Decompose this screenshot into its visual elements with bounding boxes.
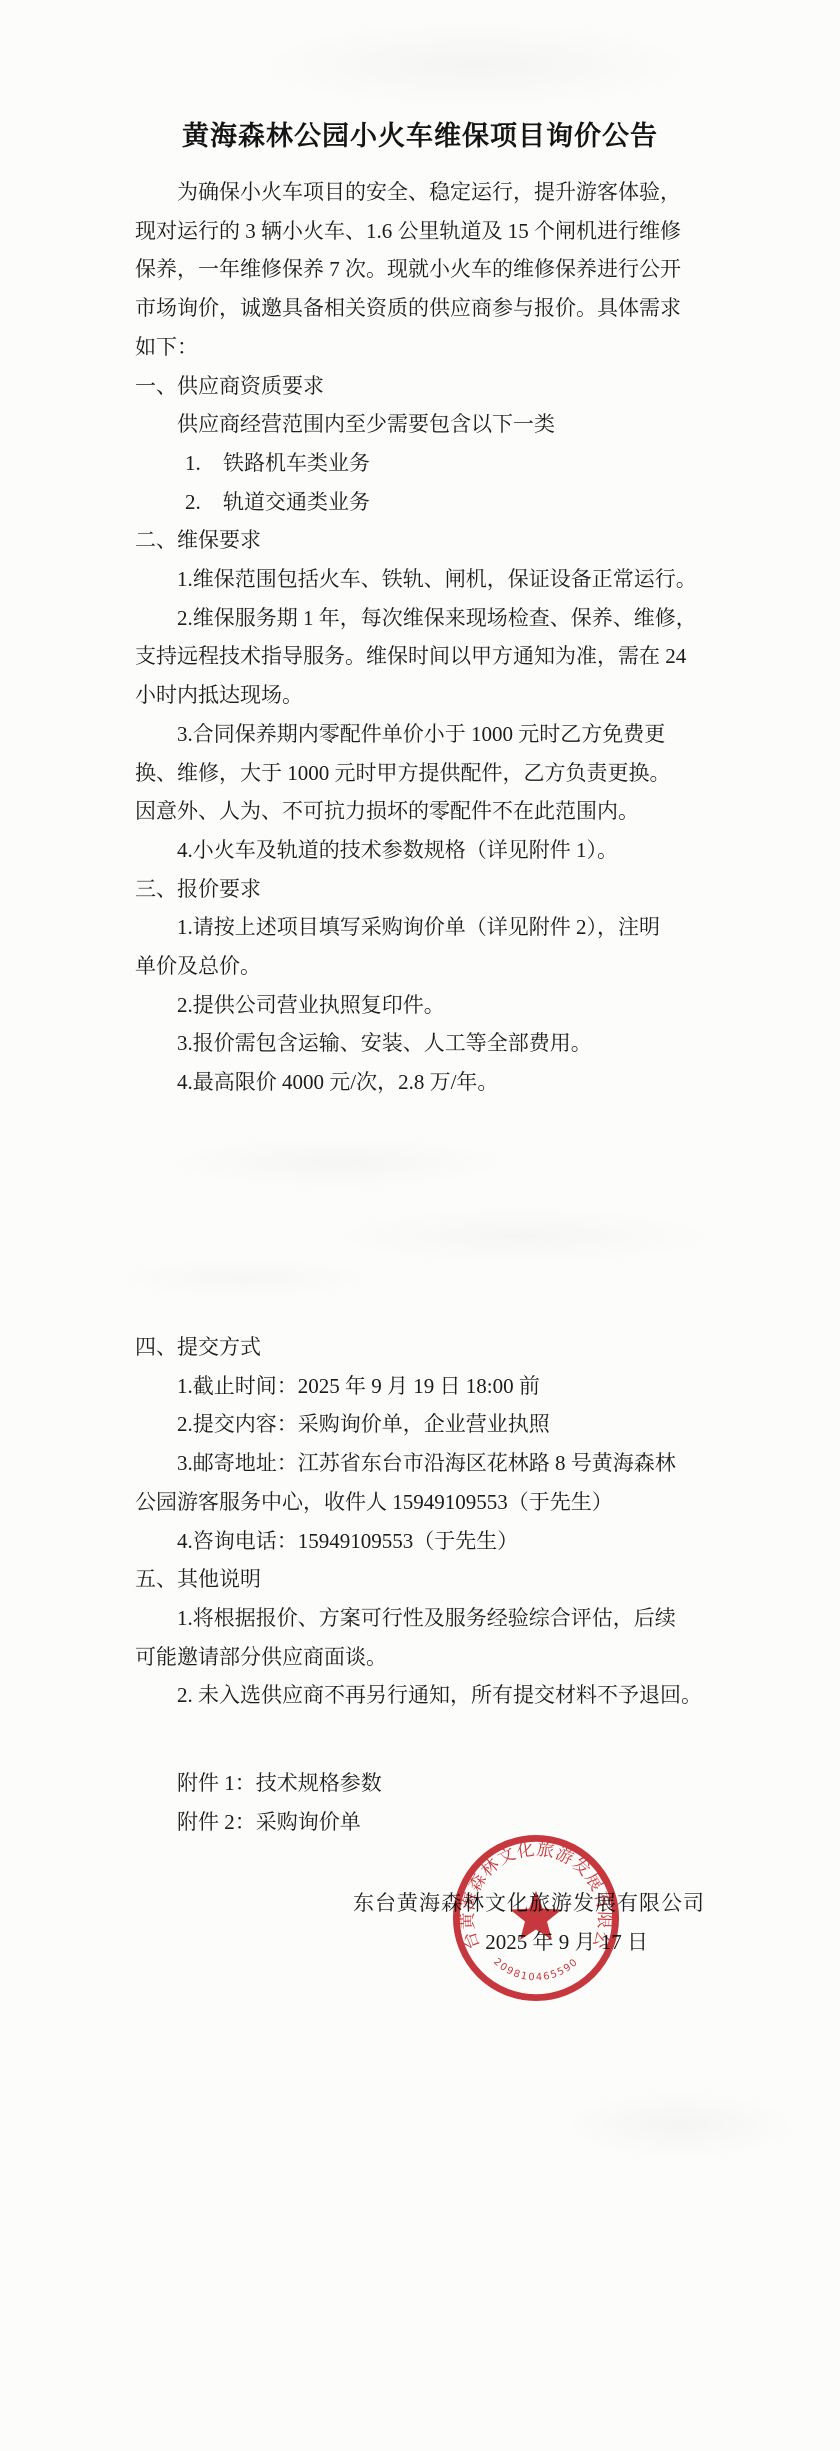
page-title: 黄海森林公园小火车维保项目询价公告 [0, 119, 840, 153]
stamp-outer-ring [456, 1838, 615, 1997]
list-text: 轨道交通类业务 [223, 490, 370, 514]
attachment-1: 附件 1：技术规格参数 [135, 1764, 735, 1803]
section-heading-3: 三、报价要求 [135, 870, 735, 909]
intro-line: 现对运行的 3 辆小火车、1.6 公里轨道及 15 个闸机进行维修 [135, 212, 735, 251]
official-seal-stamp: 东台黄海森林文化旅游发展有限公司 32098104655904 [448, 1830, 624, 2006]
section3-line: 4.最高限价 4000 元/次，2.8 万/年。 [135, 1063, 735, 1102]
section-heading-5: 五、其他说明 [135, 1560, 735, 1599]
section3-line: 单价及总价。 [135, 947, 735, 986]
section4-line: 1.截止时间：2025 年 9 月 19 日 18:00 前 [135, 1367, 735, 1406]
section3-line: 3.报价需包含运输、安装、人工等全部费用。 [135, 1024, 735, 1063]
list-marker: 2. [185, 483, 223, 522]
section-heading-2: 二、维保要求 [135, 521, 735, 560]
section4-line: 公园游客服务中心，收件人 15949109553（于先生） [135, 1483, 735, 1522]
intro-line: 为确保小火车项目的安全、稳定运行，提升游客体验， [135, 173, 735, 212]
scan-artifact [560, 2090, 800, 2160]
announcement-document-page: 黄海森林公园小火车维保项目询价公告 为确保小火车项目的安全、稳定运行，提升游客体… [0, 0, 840, 2451]
intro-line: 保养，一年维修保养 7 次。现就小火车的维修保养进行公开 [135, 250, 735, 289]
section2-line: 4.小火车及轨道的技术参数规格（详见附件 1）。 [135, 831, 735, 870]
body-page2: 四、提交方式1.截止时间：2025 年 9 月 19 日 18:00 前2.提交… [135, 1328, 735, 1715]
attachment-2: 附件 2：采购询价单 [135, 1803, 735, 1842]
section2-line: 因意外、人为、不可抗力损坏的零配件不在此范围内。 [135, 792, 735, 831]
section2-line: 2.维保服务期 1 年，每次维保来现场检查、保养、维修， [135, 599, 735, 638]
section3-line: 1.请按上述项目填写采购询价单（详见附件 2），注明 [135, 908, 735, 947]
section4-line: 3.邮寄地址：江苏省东台市沿海区花林路 8 号黄海森林 [135, 1444, 735, 1483]
section-heading-4: 四、提交方式 [135, 1328, 735, 1367]
section4-line: 4.咨询电话：15949109553（于先生） [135, 1522, 735, 1561]
intro-line: 如下： [135, 328, 735, 367]
issue-date: 2025 年 9 月 17 日 [485, 1928, 648, 1956]
section1-line: 供应商经营范围内至少需要包含以下一类 [135, 405, 735, 444]
scan-artifact [250, 20, 700, 110]
scan-artifact [120, 1110, 740, 1320]
section1-list-item: 1.铁路机车类业务 [135, 444, 735, 483]
section5-line: 2. 未入选供应商不再另行通知，所有提交材料不予退回。 [135, 1676, 735, 1715]
section2-line: 换、维修，大于 1000 元时甲方提供配件，乙方负责更换。 [135, 754, 735, 793]
section5-line: 1.将根据报价、方案可行性及服务经验综合评估，后续 [135, 1599, 735, 1638]
section-heading-1: 一、供应商资质要求 [135, 367, 735, 406]
issuer-company-name: 东台黄海森林文化旅游发展有限公司 [353, 1889, 705, 1917]
list-text: 铁路机车类业务 [223, 451, 370, 475]
intro-line: 市场询价，诚邀具备相关资质的供应商参与报价。具体需求 [135, 289, 735, 328]
attachments-list: 附件 1：技术规格参数附件 2：采购询价单 [135, 1764, 735, 1841]
list-marker: 1. [185, 444, 223, 483]
section4-line: 2.提交内容：采购询价单，企业营业执照 [135, 1405, 735, 1444]
section2-line: 小时内抵达现场。 [135, 676, 735, 715]
section2-line: 支持远程技术指导服务。维保时间以甲方通知为准，需在 24 [135, 637, 735, 676]
body-page1: 为确保小火车项目的安全、稳定运行，提升游客体验，现对运行的 3 辆小火车、1.6… [135, 173, 735, 1102]
section2-line: 3.合同保养期内零配件单价小于 1000 元时乙方免费更 [135, 715, 735, 754]
section1-list-item: 2.轨道交通类业务 [135, 483, 735, 522]
section5-line: 可能邀请部分供应商面谈。 [135, 1638, 735, 1677]
section3-line: 2.提供公司营业执照复印件。 [135, 986, 735, 1025]
section2-line: 1.维保范围包括火车、铁轨、闸机，保证设备正常运行。 [135, 560, 735, 599]
